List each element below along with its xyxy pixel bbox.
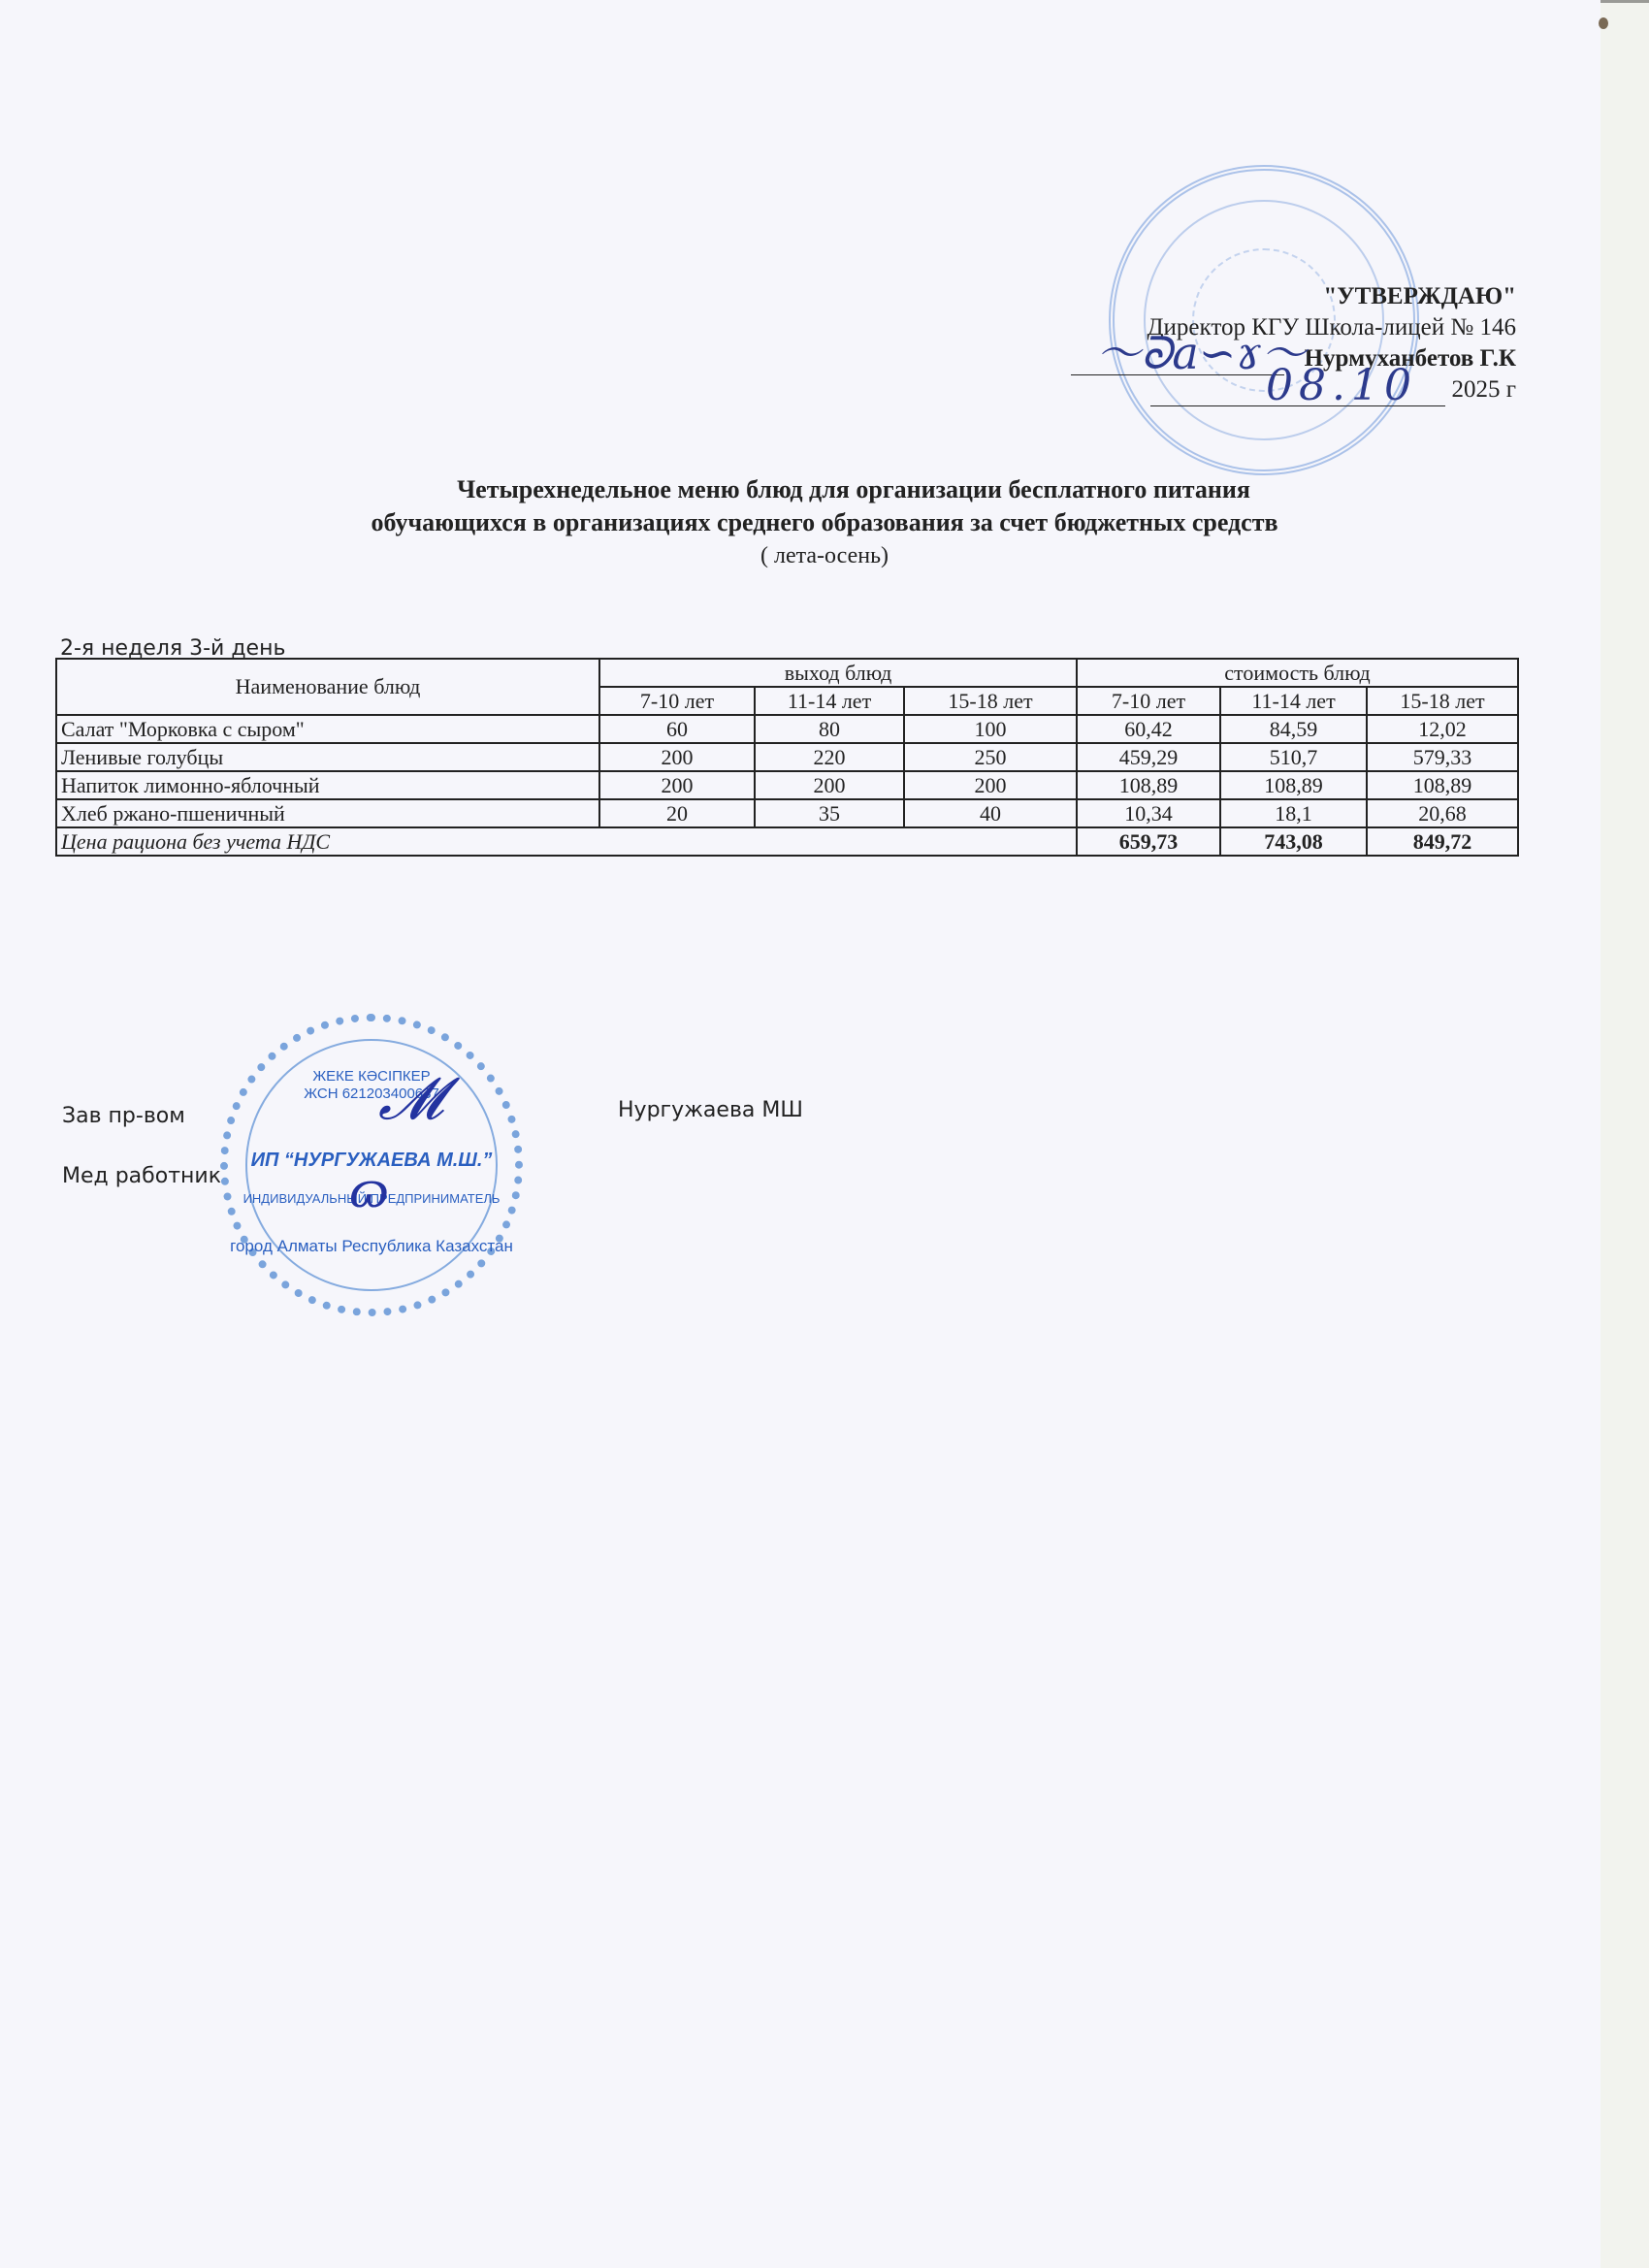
header-dish-name: Наименование блюд <box>56 659 599 715</box>
supplier-stamp-top: ЖЕКЕ КӘСІПКЕР ЖСН 621203400637 <box>228 1068 515 1103</box>
total-cell: 743,08 <box>1220 827 1367 856</box>
medic-label: Мед работник <box>62 1164 221 1188</box>
header-yield-age: 11-14 лет <box>755 687 904 715</box>
scan-speck <box>1599 17 1608 29</box>
yield-cell: 20 <box>599 799 755 827</box>
yield-cell: 40 <box>904 799 1077 827</box>
cost-cell: 20,68 <box>1367 799 1518 827</box>
yield-cell: 220 <box>755 743 904 771</box>
header-yield-age: 7-10 лет <box>599 687 755 715</box>
yield-cell: 60 <box>599 715 755 743</box>
header-yield-age: 15-18 лет <box>904 687 1077 715</box>
title-line-1: Четырехнедельное меню блюд для организац… <box>0 473 1649 506</box>
header-yield-group: выход блюд <box>599 659 1077 687</box>
total-cell: 659,73 <box>1077 827 1220 856</box>
dish-name: Ленивые голубцы <box>56 743 599 771</box>
cost-cell: 12,02 <box>1367 715 1518 743</box>
scan-edge <box>1600 0 1649 2268</box>
cost-cell: 108,89 <box>1077 771 1220 799</box>
yield-cell: 100 <box>904 715 1077 743</box>
cost-cell: 510,7 <box>1220 743 1367 771</box>
yield-cell: 200 <box>599 771 755 799</box>
dish-name: Напиток лимонно-яблочный <box>56 771 599 799</box>
yield-cell: 200 <box>904 771 1077 799</box>
medic-signature: ɷ <box>349 1162 389 1218</box>
header-cost-group: стоимость блюд <box>1077 659 1518 687</box>
total-label: Цена рациона без учета НДС <box>56 827 1077 856</box>
scan-edge-mark <box>1600 0 1649 3</box>
yield-cell: 80 <box>755 715 904 743</box>
production-head-name: Нургужаева МШ <box>618 1098 803 1122</box>
yield-cell: 200 <box>599 743 755 771</box>
supplier-stamp-city: город Алматы Республика Казахстан <box>228 1237 515 1256</box>
production-head-signature: 𝓜 <box>378 1065 443 1133</box>
cost-cell: 108,89 <box>1220 771 1367 799</box>
approval-title: "УТВЕРЖДАЮ" <box>1148 281 1517 312</box>
document-title: Четырехнедельное меню блюд для организац… <box>0 473 1649 572</box>
dish-name: Хлеб ржано-пшеничный <box>56 799 599 827</box>
yield-cell: 200 <box>755 771 904 799</box>
table-row: Напиток лимонно-яблочный 200 200 200 108… <box>56 771 1518 799</box>
cost-cell: 459,29 <box>1077 743 1220 771</box>
menu-table: Наименование блюд выход блюд стоимость б… <box>55 658 1519 857</box>
total-cell: 849,72 <box>1367 827 1518 856</box>
cost-cell: 18,1 <box>1220 799 1367 827</box>
approval-date-handwritten: 08.10 <box>1266 361 1417 410</box>
dish-name: Салат "Морковка с сыром" <box>56 715 599 743</box>
cost-cell: 10,34 <box>1077 799 1220 827</box>
table-row: Хлеб ржано-пшеничный 20 35 40 10,34 18,1… <box>56 799 1518 827</box>
title-season: ( лета-осень) <box>0 539 1649 572</box>
cost-cell: 108,89 <box>1367 771 1518 799</box>
table-header-row: Наименование блюд выход блюд стоимость б… <box>56 659 1518 687</box>
yield-cell: 35 <box>755 799 904 827</box>
table-row: Салат "Морковка с сыром" 60 80 100 60,42… <box>56 715 1518 743</box>
table-row: Ленивые голубцы 200 220 250 459,29 510,7… <box>56 743 1518 771</box>
header-cost-age: 7-10 лет <box>1077 687 1220 715</box>
yield-cell: 250 <box>904 743 1077 771</box>
header-cost-age: 11-14 лет <box>1220 687 1367 715</box>
header-cost-age: 15-18 лет <box>1367 687 1518 715</box>
cost-cell: 60,42 <box>1077 715 1220 743</box>
table-total-row: Цена рациона без учета НДС 659,73 743,08… <box>56 827 1518 856</box>
cost-cell: 84,59 <box>1220 715 1367 743</box>
production-head-label: Зав пр-вом <box>62 1104 185 1128</box>
title-line-2: обучающихся в организациях среднего обра… <box>0 506 1649 539</box>
cost-cell: 579,33 <box>1367 743 1518 771</box>
